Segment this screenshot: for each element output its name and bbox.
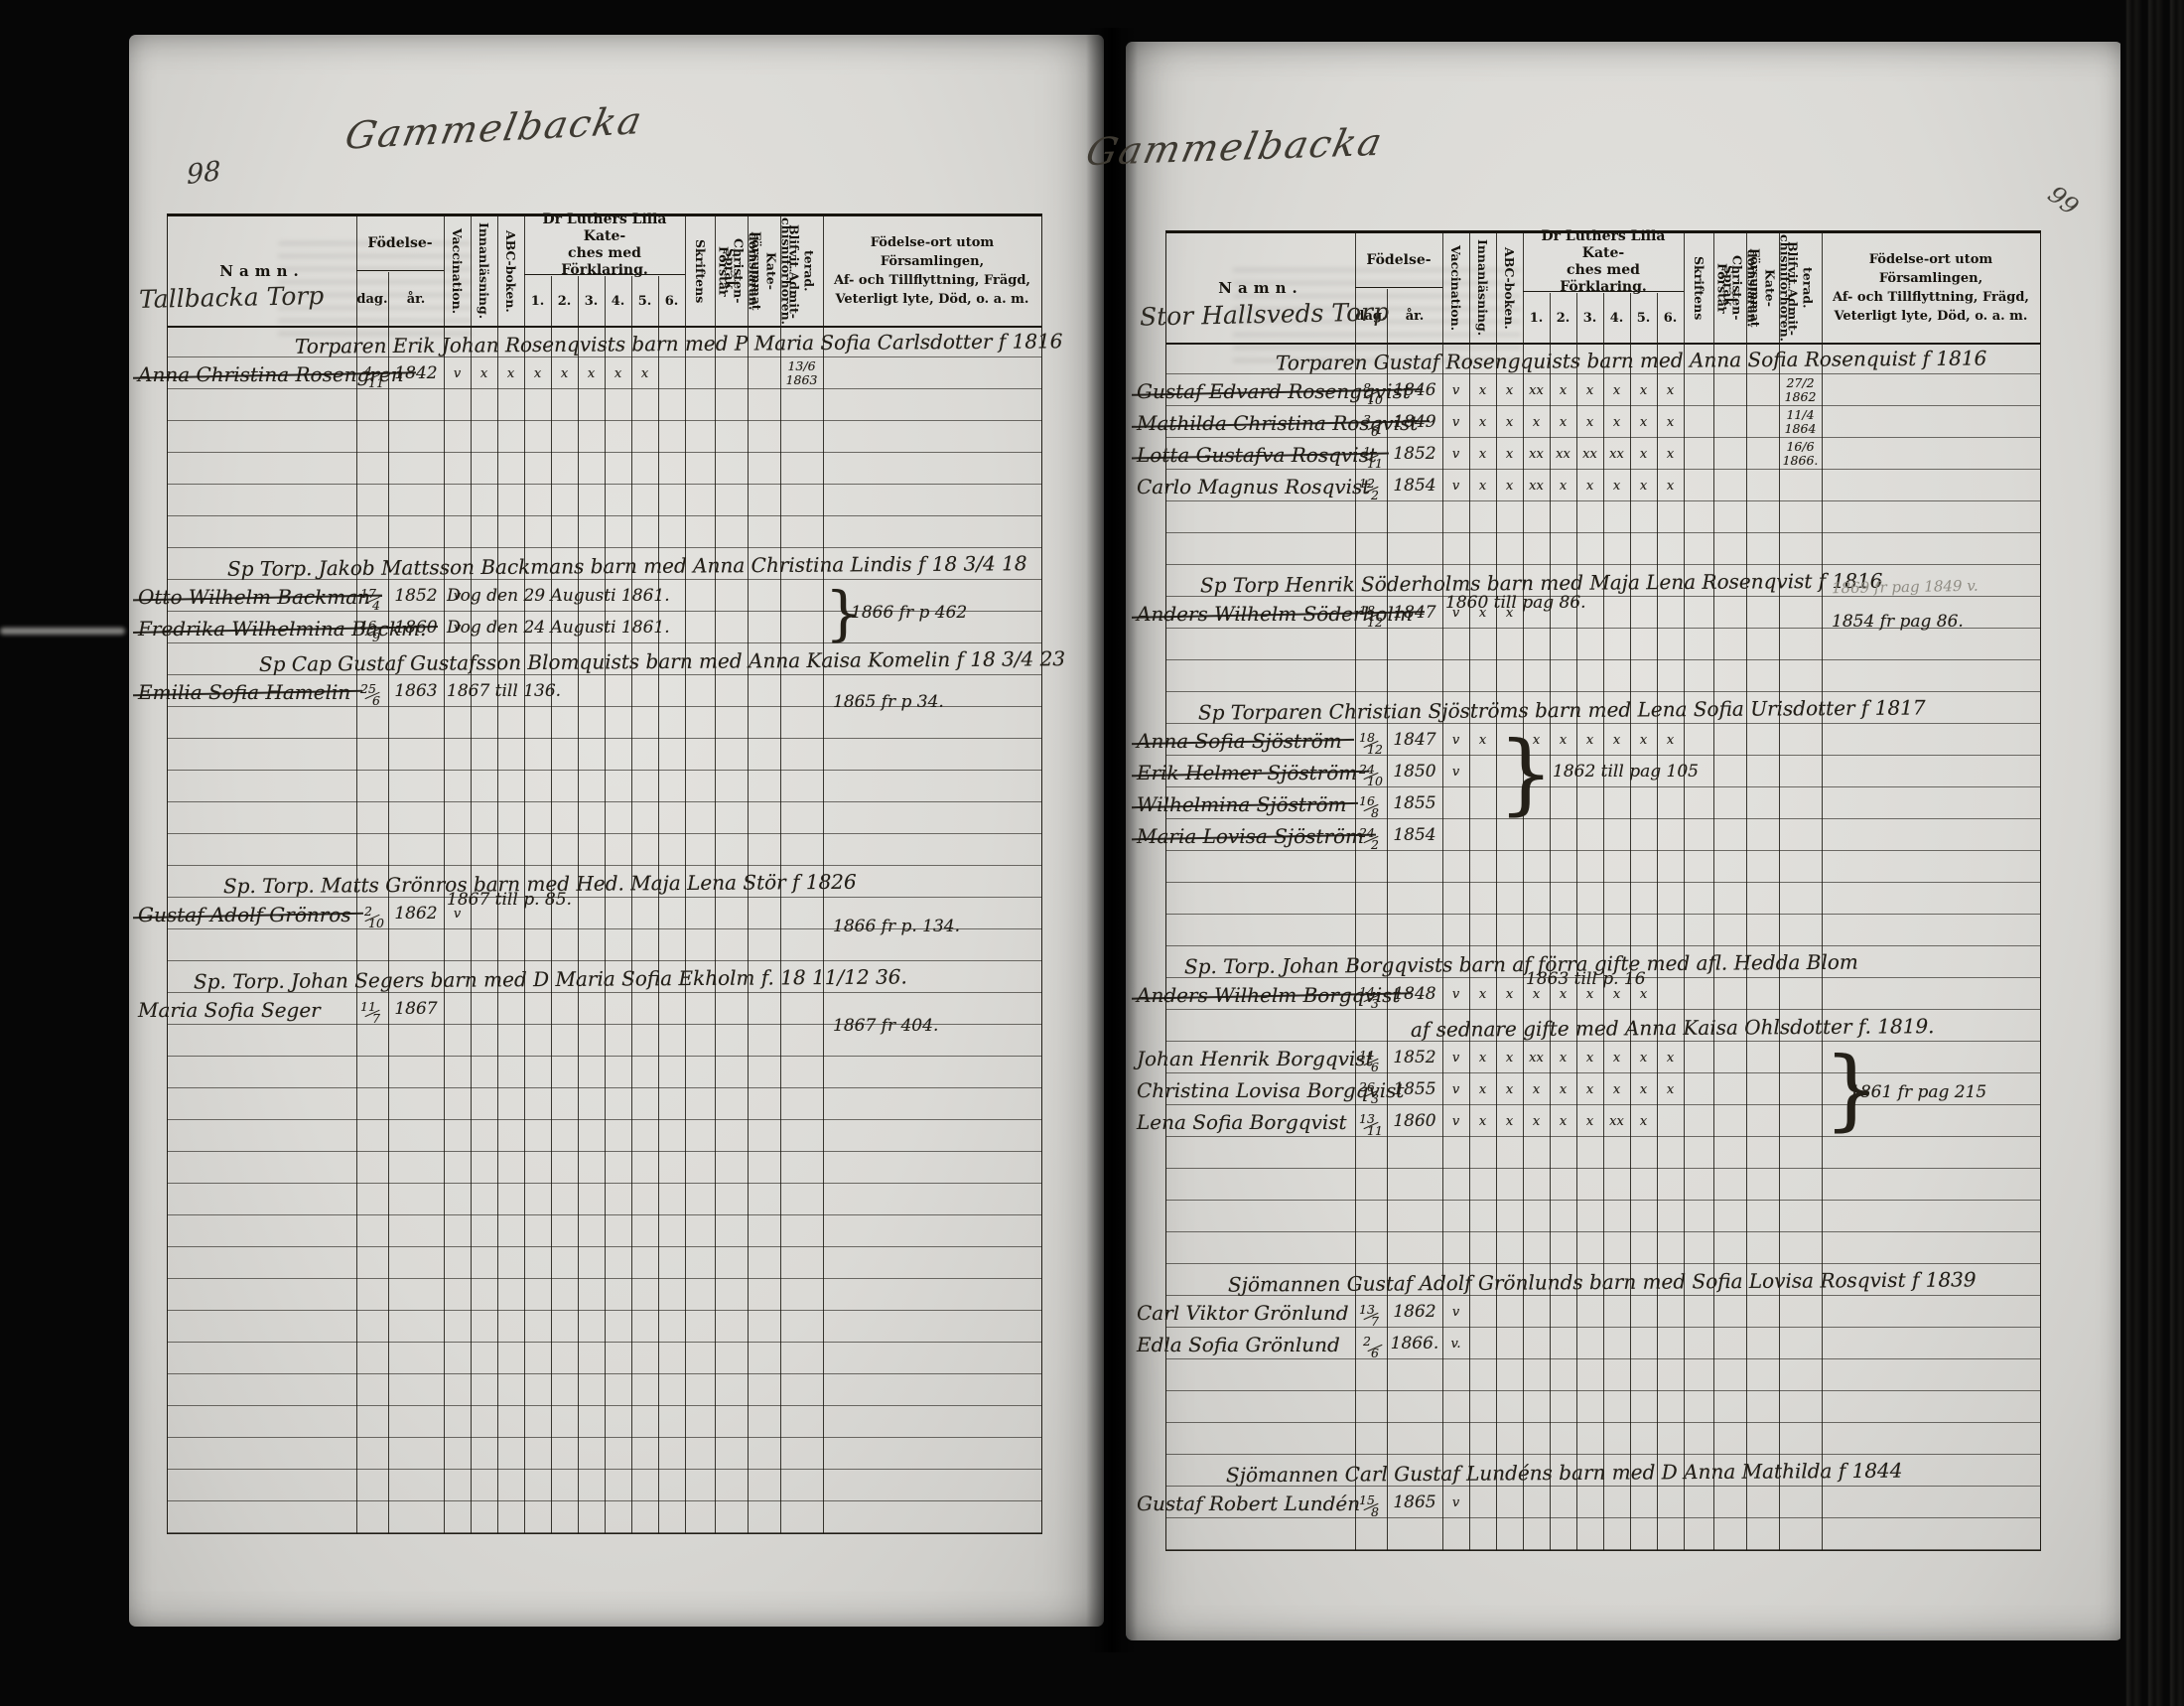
page-right: 99 Gammelbacka Stor Hallsveds Torp Namn.… — [1126, 42, 2122, 1640]
column-header-blifvit-admitterad: Blifvit Admit- terad. — [780, 216, 823, 326]
birth-day: 210 — [356, 901, 388, 928]
birth-year: 1852 — [388, 586, 444, 606]
page-number-left: 98 — [187, 156, 221, 191]
column-header-kateches-2: 2. — [1550, 293, 1576, 343]
page-number-right: 99 — [2043, 181, 2084, 221]
body-column-line — [1746, 343, 1747, 1550]
examination-mark: x — [1657, 447, 1684, 462]
examination-mark: x — [551, 366, 578, 381]
examination-mark: v — [1442, 1114, 1469, 1129]
birth-day-fraction: 1311 — [1363, 1113, 1379, 1136]
examination-mark: x — [1576, 479, 1603, 494]
examination-mark: x — [1657, 415, 1684, 430]
birth-day-fraction: 256 — [364, 683, 380, 706]
entry-name: Emilia Sofia Hamelin — [138, 680, 350, 704]
examination-mark: x — [1576, 383, 1603, 398]
row-annotation: 1860 till pag 86. — [1445, 593, 1586, 613]
examination-mark: x — [1469, 479, 1496, 494]
birth-day-fraction: 210 — [364, 906, 380, 928]
page-title-left: Gammelbacka — [334, 98, 655, 158]
examination-mark: x — [1550, 415, 1576, 430]
remarks-note: 1866 fr p. 134. — [833, 917, 960, 936]
section-header: Sjömannen Gustaf Adolf Grönlunds barn me… — [1228, 1267, 1977, 1296]
examination-mark: x — [1603, 415, 1630, 430]
column-header-kateches: Dr Luthers Lilla Kate- ches med Förklari… — [1523, 233, 1684, 291]
column-header-innanlasning: Innanläsning. — [471, 216, 497, 326]
column-header-forstar-christendomslaran: Förstår Christen- domsläran. — [1713, 233, 1746, 343]
header-column-line — [356, 216, 357, 326]
entry-name: Anna Sofia Sjöström — [1137, 729, 1342, 753]
birth-day-fraction: 168 — [1363, 795, 1379, 818]
column-header-forsummat-katechisniforhoren: Försummat Kate- chisniförhören. — [748, 216, 780, 326]
header-column-line — [1657, 293, 1658, 343]
column-header-ar: år. — [388, 272, 444, 326]
section-header: Sp Torparen Christian Sjöströms barn med… — [1198, 695, 1926, 724]
examination-mark: xx — [1523, 1051, 1550, 1066]
entry-name: Lena Sofia Borgqvist — [1137, 1110, 1347, 1134]
examination-mark: x — [1630, 1082, 1657, 1097]
entry-name: Johan Henrik Borgqvist — [1137, 1047, 1374, 1070]
birth-day-fraction: 1812 — [1363, 732, 1379, 755]
examination-mark: x — [1657, 383, 1684, 398]
examination-mark: x — [1469, 1051, 1496, 1066]
examination-mark: xx — [1550, 447, 1576, 462]
examination-mark: v — [1442, 383, 1469, 398]
body-column-line — [1550, 343, 1551, 1550]
body-column-line — [605, 326, 606, 1533]
examination-mark: x — [1550, 1051, 1576, 1066]
header-column-line — [1550, 293, 1551, 343]
examination-mark: x — [1550, 987, 1576, 1002]
body-column-line — [748, 326, 749, 1533]
birth-year: 1855 — [1387, 793, 1442, 813]
body-column-line — [444, 326, 445, 1533]
body-column-line — [356, 326, 357, 1533]
birth-year: 1847 — [1387, 730, 1442, 750]
examination-mark: x — [1523, 415, 1550, 430]
column-header-kateches: Dr Luthers Lilla Kate- ches med Förklari… — [524, 216, 685, 274]
examination-mark: xx — [1603, 447, 1630, 462]
examination-mark: x — [1657, 733, 1684, 748]
entry-name: Maria Lovisa Sjöström — [1137, 824, 1364, 848]
examination-mark: x — [1603, 383, 1630, 398]
examination-mark: xx — [1523, 479, 1550, 494]
row-annotation: Dog den 29 Augusti 1861. — [447, 586, 670, 606]
examination-mark: x — [1496, 987, 1523, 1002]
entry-name: Erik Helmer Sjöström — [1137, 761, 1357, 784]
examination-mark: x — [1576, 415, 1603, 430]
column-header-kateches-3: 3. — [1576, 293, 1603, 343]
ledger-header: Namn.Födelse-dag.år.Dr Luthers Lilla Kat… — [168, 216, 1041, 328]
header-column-line — [1576, 293, 1577, 343]
header-column-line — [1684, 233, 1685, 343]
body-column-line — [1684, 343, 1685, 1550]
examination-mark: x — [1496, 1082, 1523, 1097]
header-column-line — [1469, 233, 1470, 343]
examination-mark: xx — [1523, 447, 1550, 462]
header-rule — [1523, 291, 1684, 292]
body-column-line — [1469, 343, 1470, 1550]
examination-mark: x — [1603, 479, 1630, 494]
body-column-line — [524, 326, 525, 1533]
section-header: Sp Cap Gustaf Gustafsson Blomquists barn… — [259, 646, 1065, 676]
header-column-line — [1746, 233, 1747, 343]
column-header-kateches-3: 3. — [578, 276, 605, 326]
body-column-line — [1523, 343, 1524, 1550]
column-header-kateches-1: 1. — [524, 276, 551, 326]
birth-year: 1862 — [1387, 1302, 1442, 1322]
header-column-line — [685, 216, 686, 326]
examination-mark: x — [578, 366, 605, 381]
header-column-line — [748, 216, 749, 326]
header-column-line — [1603, 293, 1604, 343]
row-annotation: 1863 till p. 16 — [1526, 969, 1646, 989]
examination-mark: x — [1630, 1051, 1657, 1066]
column-header-innanlasning: Innanläsning. — [1469, 233, 1496, 343]
body-column-line — [1779, 343, 1780, 1550]
column-header-kateches-6: 6. — [658, 276, 685, 326]
examination-mark: v — [1442, 1305, 1469, 1320]
examination-mark: x — [524, 366, 551, 381]
ledger-table-left: Namn.Födelse-dag.år.Dr Luthers Lilla Kat… — [167, 213, 1042, 1534]
examination-mark: x — [1469, 987, 1496, 1002]
book-binding — [1086, 28, 1138, 1652]
examination-mark: x — [1630, 987, 1657, 1002]
row-annotation: 1867 till 136. — [447, 681, 561, 701]
examination-mark: v — [1442, 733, 1469, 748]
examination-mark: x — [1603, 1082, 1630, 1097]
header-column-line — [471, 216, 472, 326]
section-header: Sp. Torp. Johan Borgqvists barn af förra… — [1184, 950, 1858, 979]
location-label-right: Stor Hallsveds Torp — [1140, 297, 1390, 331]
birth-day: 168 — [1355, 790, 1387, 818]
examination-mark: x — [1523, 987, 1550, 1002]
body-column-line — [471, 326, 472, 1533]
body-column-line — [1387, 343, 1388, 1550]
section-header: Torparen Erik Johan Rosenqvists barn med… — [295, 329, 1063, 357]
examination-mark: x — [1657, 1051, 1684, 1066]
remarks-note: 1867 fr 404. — [833, 1016, 938, 1036]
column-header-kateches-4: 4. — [605, 276, 631, 326]
margin-brace: } — [1498, 726, 1554, 821]
entry-name: Carl Viktor Grönlund — [1137, 1301, 1349, 1325]
entry-name: Anna Christina Rosengren — [138, 362, 404, 386]
admitted-date: 11/4 1864 — [1779, 408, 1822, 436]
entry-name: Gustaf Adolf Grönros — [138, 903, 351, 926]
header-column-line — [631, 276, 632, 326]
body-column-line — [578, 326, 579, 1533]
birth-year: 1852 — [1387, 444, 1442, 464]
header-column-line — [1523, 233, 1524, 343]
body-column-line — [780, 326, 781, 1533]
examination-mark: v — [1442, 765, 1469, 780]
header-column-line — [823, 216, 824, 326]
examination-mark: x — [1496, 383, 1523, 398]
examination-mark: x — [1469, 733, 1496, 748]
examination-mark: x — [1550, 1082, 1576, 1097]
pencil-note: 1869 fr pag 1849 v. — [1832, 577, 1979, 598]
birth-day: 256 — [356, 678, 388, 706]
birth-year: 1866. — [1387, 1334, 1442, 1353]
examination-mark: x — [1576, 733, 1603, 748]
examination-mark: x — [1496, 415, 1523, 430]
section-header: Sp. Torp. Johan Segers barn med D Maria … — [194, 964, 907, 993]
scanned-church-ledger: 98 Gammelbacka Tallbacka Torp Namn.Födel… — [0, 0, 2184, 1706]
header-column-line — [1779, 233, 1780, 343]
birth-day-fraction: 242 — [1363, 827, 1379, 850]
section-header: Torparen Gustaf Rosengquists barn med An… — [1276, 346, 1986, 374]
examination-mark: x — [1576, 1082, 1603, 1097]
body-column-line — [715, 326, 716, 1533]
examination-mark: x — [497, 366, 524, 381]
birth-year: 1860 — [1387, 1111, 1442, 1131]
examination-mark: v — [1442, 1495, 1469, 1510]
examination-mark: x — [1630, 733, 1657, 748]
section-header: af sednare gifte med Anna Kaisa Ohlsdott… — [1411, 1014, 1935, 1042]
header-rule — [1355, 287, 1442, 288]
examination-mark: x — [1469, 1114, 1496, 1129]
birth-year: 1854 — [1387, 476, 1442, 496]
entry-name: Lotta Gustafva Rosqvist — [1137, 443, 1377, 467]
header-column-line — [715, 216, 716, 326]
examination-mark: xx — [1603, 1114, 1630, 1129]
examination-mark: x — [1496, 1114, 1523, 1129]
entry-name: Fredrika Wilhelmina Backm. — [138, 617, 426, 640]
birth-day-fraction: 158 — [1363, 1494, 1379, 1517]
section-header: Sjömannen Carl Gustaf Lundéns barn med D… — [1226, 1459, 1903, 1488]
column-header-dag: dag. — [356, 272, 388, 326]
examination-mark: v — [1442, 479, 1469, 494]
examination-mark: x — [1550, 479, 1576, 494]
entry-name: Maria Sofia Seger — [138, 998, 321, 1022]
column-header-kateches-6: 6. — [1657, 293, 1684, 343]
header-column-line — [658, 276, 659, 326]
birth-year: 1863 — [388, 681, 444, 701]
remarks-note: 1866 fr p 462 — [851, 603, 967, 623]
column-header-kateches-5: 5. — [1630, 293, 1657, 343]
admitted-date: 13/6 1863 — [780, 359, 823, 387]
header-rule — [356, 270, 444, 271]
birth-year: 1867 — [388, 999, 444, 1019]
body-column-line — [631, 326, 632, 1533]
column-header-kateches-4: 4. — [1603, 293, 1630, 343]
ledger-table-right: Namn.Födelse-dag.år.Dr Luthers Lilla Kat… — [1165, 230, 2041, 1551]
ledger-body: Torparen Gustaf Rosengquists barn med An… — [1166, 343, 2040, 1550]
header-column-line — [1496, 233, 1497, 343]
entry-name: Anders Wilhelm Söderholm — [1137, 602, 1413, 626]
examination-mark: x — [1523, 1114, 1550, 1129]
row-annotation: 1862 till pag 105 — [1553, 762, 1699, 782]
examination-mark: x — [1469, 383, 1496, 398]
admitted-date: 16/6 1866. — [1779, 440, 1822, 468]
column-header-ar: år. — [1387, 289, 1442, 343]
column-header-fodelseort: Födelse-ort utom Församlingen, Af- och T… — [1822, 233, 2040, 343]
column-header-kateches-1: 1. — [1523, 293, 1550, 343]
column-header-vaccination: Vaccination. — [1442, 233, 1469, 343]
header-column-line — [1442, 233, 1443, 343]
header-column-line — [578, 276, 579, 326]
examination-mark: x — [1550, 1114, 1576, 1129]
birth-year: 1850 — [1387, 762, 1442, 782]
row-annotation: 1867 till p. 85. — [447, 890, 572, 910]
examination-mark: x — [471, 366, 497, 381]
body-column-line — [388, 326, 389, 1533]
examination-mark: x — [1657, 1082, 1684, 1097]
examination-mark: v — [444, 366, 471, 381]
birth-year: 1852 — [1387, 1048, 1442, 1067]
body-column-line — [497, 326, 498, 1533]
birth-day-fraction: 26 — [1367, 1336, 1375, 1358]
column-header-kateches-5: 5. — [631, 276, 658, 326]
examination-mark: xx — [1523, 383, 1550, 398]
body-column-line — [1713, 343, 1714, 1550]
column-header-forstar-christendomslaran: Förstår Christen- domsläran. — [715, 216, 748, 326]
entry-name: Mathilda Christina Rosqvist — [1137, 411, 1418, 435]
column-header-fodelseort: Födelse-ort utom Församlingen, Af- och T… — [823, 216, 1041, 326]
examination-mark: x — [1576, 987, 1603, 1002]
examination-mark: x — [1496, 1051, 1523, 1066]
examination-mark: x — [1603, 1051, 1630, 1066]
admitted-date: 27/2 1862 — [1779, 376, 1822, 404]
body-column-line — [1442, 343, 1443, 1550]
body-column-line — [1576, 343, 1577, 1550]
birth-year: 1854 — [1387, 825, 1442, 845]
body-column-line — [658, 326, 659, 1533]
entry-name: Carlo Magnus Rosqvist — [1137, 475, 1370, 498]
book-edge-pages — [2120, 0, 2184, 1706]
body-column-line — [1355, 343, 1356, 1550]
examination-mark: x — [1630, 447, 1657, 462]
entry-name: Edla Sofia Grönlund — [1137, 1333, 1340, 1356]
column-header-abc-boken: ABC-boken. — [1496, 233, 1523, 343]
examination-mark: x — [1496, 479, 1523, 494]
examination-mark: x — [631, 366, 658, 381]
column-header-kateches-2: 2. — [551, 276, 578, 326]
examination-mark: x — [605, 366, 631, 381]
birth-day: 137 — [1355, 1299, 1387, 1327]
header-column-line — [444, 216, 445, 326]
section-header: Sp Torp. Jakob Mattsson Backmans barn me… — [227, 551, 1027, 581]
examination-mark: x — [1469, 1082, 1496, 1097]
entry-name: Gustaf Edvard Rosengqvist — [1137, 379, 1411, 403]
header-column-line — [551, 276, 552, 326]
header-column-line — [1822, 233, 1823, 343]
examination-mark: xx — [1576, 447, 1603, 462]
birth-year: 1865 — [1387, 1493, 1442, 1512]
body-column-line — [1630, 343, 1631, 1550]
header-column-line — [1713, 233, 1714, 343]
column-header-abc-boken: ABC-boken. — [497, 216, 524, 326]
entry-name: Christina Lovisa Borgqvist — [1137, 1078, 1404, 1102]
header-column-line — [497, 216, 498, 326]
examination-mark: x — [1630, 383, 1657, 398]
row-annotation: Dog den 24 Augusti 1861. — [447, 618, 670, 638]
body-column-line — [823, 326, 824, 1533]
examination-mark: x — [1576, 1114, 1603, 1129]
remarks-note: 1861 fr pag 215 — [1849, 1082, 1986, 1102]
birth-day: 117 — [356, 996, 388, 1024]
examination-mark: v — [1442, 1051, 1469, 1066]
header-column-line — [605, 276, 606, 326]
examination-mark: x — [1657, 479, 1684, 494]
examination-mark: v — [1442, 447, 1469, 462]
birth-year: 1862 — [388, 904, 444, 924]
column-header-fodelse: Födelse- — [1355, 233, 1442, 287]
header-column-line — [388, 272, 389, 326]
entry-name: Anders Wilhelm Borgqvist — [1137, 983, 1400, 1007]
examination-mark: x — [1576, 1051, 1603, 1066]
ledger-body: Torparen Erik Johan Rosenqvists barn med… — [168, 326, 1041, 1533]
column-header-vaccination: Vaccination. — [444, 216, 471, 326]
birth-day: 26 — [1355, 1331, 1387, 1358]
examination-mark: x — [1469, 447, 1496, 462]
body-column-line — [1657, 343, 1658, 1550]
entry-name: Otto Wilhelm Backman — [138, 585, 370, 609]
examination-mark: x — [1630, 1114, 1657, 1129]
examination-mark: x — [1496, 447, 1523, 462]
body-column-line — [685, 326, 686, 1533]
examination-mark: v — [1442, 415, 1469, 430]
body-column-line — [551, 326, 552, 1533]
body-column-line — [1496, 343, 1497, 1550]
column-header-blifvit-admitterad: Blifvit Admit- terad. — [1779, 233, 1822, 343]
examination-mark: v — [1442, 1082, 1469, 1097]
location-label-left: Tallbacka Torp — [139, 281, 325, 314]
column-header-fodelse: Födelse- — [356, 216, 444, 270]
header-column-line — [1630, 293, 1631, 343]
body-column-line — [1822, 343, 1823, 1550]
header-rule — [524, 274, 685, 275]
birth-day: 2410 — [1355, 759, 1387, 786]
examination-mark: x — [1603, 733, 1630, 748]
birth-day-fraction: 137 — [1363, 1304, 1379, 1327]
birth-day: 1311 — [1355, 1108, 1387, 1136]
remarks-note: 1854 fr pag 86. — [1832, 612, 1964, 632]
examination-mark: v — [1442, 987, 1469, 1002]
examination-mark: x — [1550, 383, 1576, 398]
entry-name: Wilhelmina Sjöström — [1137, 792, 1346, 816]
examination-mark: x — [1630, 479, 1657, 494]
entry-name: Gustaf Robert Lundén — [1137, 1492, 1360, 1515]
examination-mark: v. — [1442, 1337, 1469, 1351]
examination-mark: x — [1469, 415, 1496, 430]
birth-day-fraction: 117 — [364, 1001, 380, 1024]
header-column-line — [524, 216, 525, 326]
header-column-line — [780, 216, 781, 326]
examination-mark: x — [1630, 415, 1657, 430]
column-header-forsummat-katechisniforhoren: Försummat Kate- chisniförhören. — [1746, 233, 1779, 343]
scan-scratch-artifact — [0, 628, 125, 635]
examination-mark: x — [1603, 987, 1630, 1002]
column-header-skriftens-sprak: Skriftens Språk. — [1684, 233, 1713, 343]
column-header-skriftens-sprak: Skriftens Språk. — [685, 216, 715, 326]
examination-mark: x — [1523, 1082, 1550, 1097]
birth-day: 1812 — [1355, 727, 1387, 755]
remarks-note: 1865 fr p 34. — [833, 692, 944, 712]
page-left: 98 Gammelbacka Tallbacka Torp Namn.Födel… — [129, 35, 1104, 1627]
body-column-line — [1603, 343, 1604, 1550]
birth-day-fraction: 2410 — [1363, 764, 1379, 786]
